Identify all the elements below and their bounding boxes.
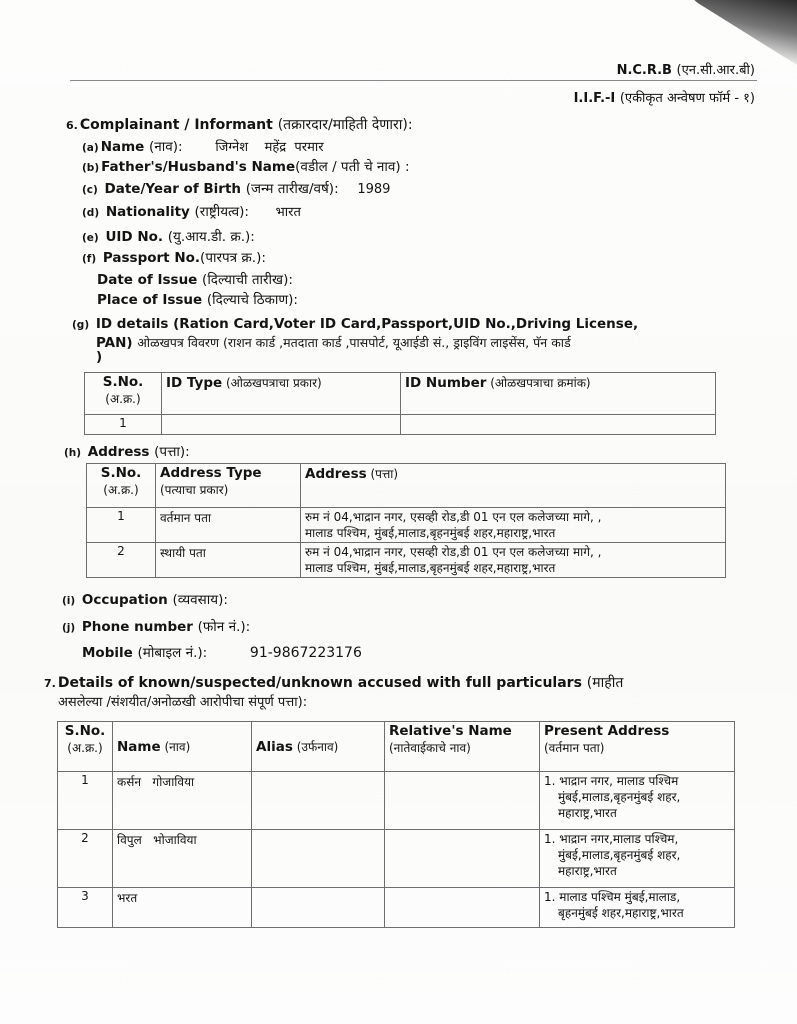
nationality-value: भारत	[276, 205, 301, 220]
col-name: Name (नाव)	[113, 722, 252, 772]
form-header: I.I.F.-I (एकीकृत अन्वेषण फॉर्म - १)	[574, 88, 755, 106]
col-relative-name: Relative's Name (नातेवाईकाचे नाव)	[385, 722, 540, 772]
form-code: I.I.F.-I	[574, 91, 616, 106]
complainant-name-value: जिग्नेश महेंद्र परमार	[215, 140, 323, 155]
section-7-subtitle: असलेल्या /संशयीत/अनोळखी आरोपीचा संपूर्ण …	[58, 692, 307, 710]
id-details-heading: (g) ID details (Ration Card,Voter ID Car…	[72, 316, 638, 332]
date-of-issue-row: Date of Issue (दिल्याची तारीख):	[97, 270, 293, 288]
address-table: S.No. (अ.क्र.) Address Type (पत्याचा प्र…	[86, 463, 726, 578]
id-details-table: S.No. (अ.क्र.) ID Type (ओळखपत्राचा प्रका…	[84, 372, 716, 435]
table-row: 1	[85, 415, 716, 435]
id-details-heading-line2: PAN) ओळखपत्र विवरण (राशन कार्ड ,मतदाता क…	[96, 334, 571, 351]
uid-row: (e) UID No. (यु.आय.डी. क्र.):	[82, 227, 255, 245]
address-cell: रुम नं 04,भाद्रान नगर, एसव्ही रोड,डी 01 …	[301, 508, 726, 543]
section-7-title: 7.Details of known/suspected/unknown acc…	[44, 673, 623, 692]
col-sno: S.No. (अ.क्र.)	[85, 373, 162, 415]
col-address-type: Address Type (पत्याचा प्रकार)	[156, 464, 301, 508]
dob-row: (c) Date/Year of Birth (जन्म तारीख/वर्ष)…	[82, 179, 390, 197]
form-title-dev: (एकीकृत अन्वेषण फॉर्म - १)	[620, 91, 755, 106]
col-id-number: ID Number (ओळखपत्राचा क्रमांक)	[401, 373, 716, 415]
mobile-value: 91-9867223176	[250, 645, 362, 661]
mobile-row: Mobile (मोबाइल नं.): 91-9867223176	[82, 643, 362, 661]
accused-table: S.No. (अ.क्र.) Name (नाव) Alias (उर्फनाव…	[57, 721, 735, 928]
father-name-row: (b)Father's/Husband's Name(वडील / पती चे…	[82, 157, 410, 175]
present-address-cell: 1. मालाड पश्चिम मुंबई,मालाड, बृहनमुंबई श…	[540, 888, 735, 928]
id-details-heading-line3: )	[96, 349, 102, 365]
occupation-row: (i) Occupation (व्यवसाय):	[62, 590, 228, 608]
passport-row: (f) Passport No.(पारपत्र क्र.):	[82, 248, 266, 266]
form-page: N.C.R.B (एन.सी.आर.बी) I.I.F.-I (एकीकृत अ…	[0, 0, 797, 1024]
col-id-type: ID Type (ओळखपत्राचा प्रकार)	[162, 373, 401, 415]
nationality-row: (d) Nationality (राष्ट्रीयत्व): भारत	[82, 202, 301, 220]
complainant-name-row: (a)Name (नाव): जिग्नेश महेंद्र परमार	[82, 137, 324, 155]
phone-row: (j) Phone number (फोन नं.):	[62, 617, 250, 635]
table-row: 1 वर्तमान पता रुम नं 04,भाद्रान नगर, एसव…	[87, 508, 726, 543]
header-divider	[70, 80, 757, 81]
address-heading: (h) Address (पत्ता):	[64, 442, 190, 460]
col-address: Address (पत्ता)	[301, 464, 726, 508]
place-of-issue-row: Place of Issue (दिल्याचे ठिकाण):	[97, 290, 298, 308]
dob-value: 1989	[357, 182, 390, 197]
agency-name: N.C.R.B	[617, 63, 672, 78]
table-row: 2 स्थायी पता रुम नं 04,भाद्रान नगर, एसव्…	[87, 543, 726, 578]
col-alias: Alias (उर्फनाव)	[252, 722, 385, 772]
present-address-cell: 1. भाद्रान नगर, मालाड पश्चिम मुंबई,मालाड…	[540, 772, 735, 830]
agency-name-dev: (एन.सी.आर.बी)	[677, 63, 756, 78]
present-address-cell: 1. भाद्रान नगर,मालाड पश्चिम, मुंबई,मालाड…	[540, 830, 735, 888]
col-sno: S.No. (अ.क्र.)	[58, 722, 113, 772]
col-sno: S.No. (अ.क्र.)	[87, 464, 156, 508]
table-row: 2 विपुल भोजाविया 1. भाद्रान नगर,मालाड पश…	[58, 830, 735, 888]
table-row: 1 कर्सन गोजाविया 1. भाद्रान नगर, मालाड प…	[58, 772, 735, 830]
col-present-address: Present Address (वर्तमान पता)	[540, 722, 735, 772]
section-6-title: 6.Complainant / Informant (तक्रारदार/माह…	[66, 115, 413, 134]
agency-header: N.C.R.B (एन.सी.आर.बी)	[617, 60, 755, 78]
table-row: 3 भरत 1. मालाड पश्चिम मुंबई,मालाड, बृहनम…	[58, 888, 735, 928]
address-cell: रुम नं 04,भाद्रान नगर, एसव्ही रोड,डी 01 …	[301, 543, 726, 578]
